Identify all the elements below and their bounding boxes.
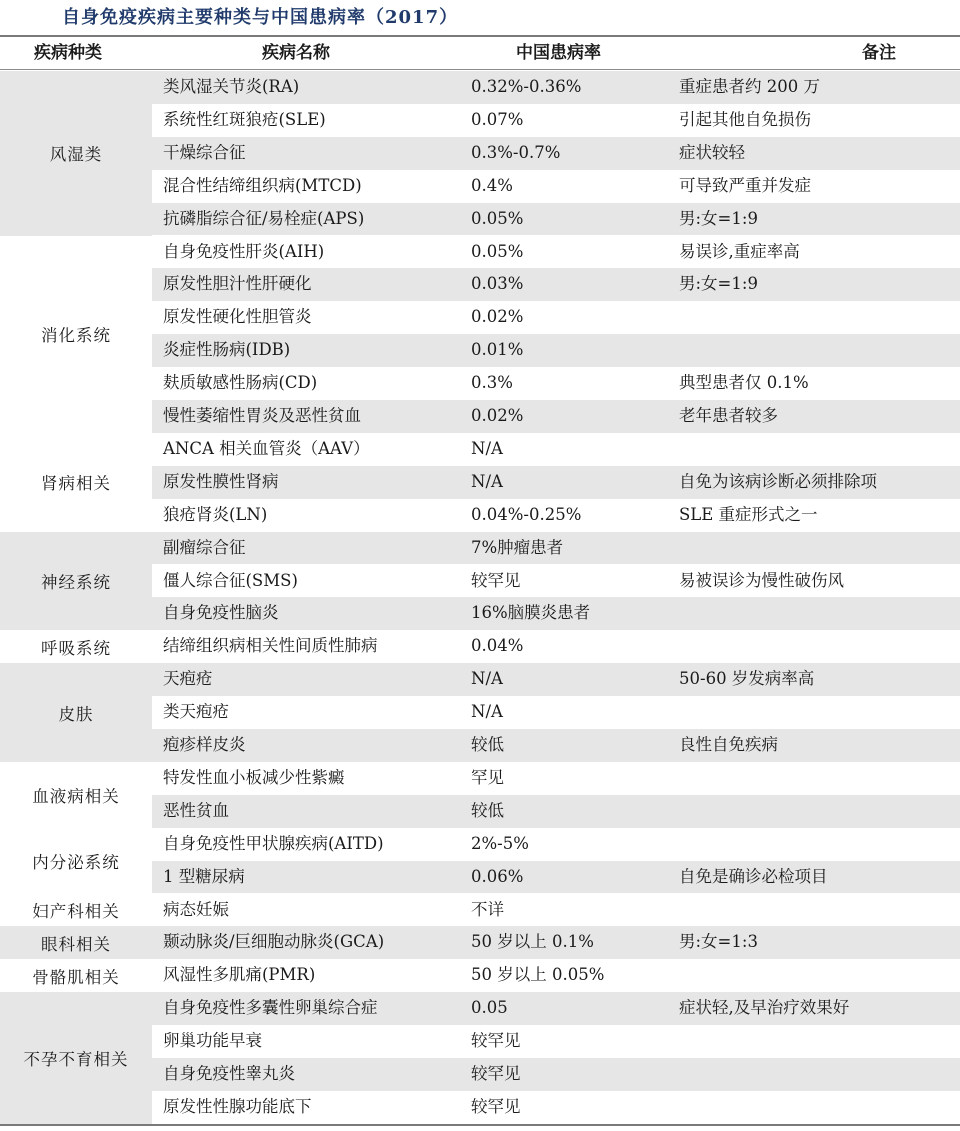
disease-name: 原发性硬化性胆管炎 (163, 301, 312, 334)
category-label: 风湿类 (50, 141, 103, 165)
table-row: 原发性性腺功能底下较罕见 (152, 1091, 960, 1124)
prevalence-rate: 0.02% (471, 301, 523, 334)
disease-name: 原发性胆汁性肝硬化 (163, 268, 312, 301)
prevalence-rate: 2%-5% (471, 828, 529, 861)
header-name: 疾病名称 (262, 37, 330, 69)
category-cell: 骨骼肌相关 (0, 959, 152, 992)
table-header: 疾病种类 疾病名称 中国患病率 备注 (0, 37, 960, 69)
bottom-rule (0, 1124, 960, 1126)
category-cell: 内分泌系统 (0, 828, 152, 894)
table-row: 类天疱疮N/A (152, 696, 960, 729)
prevalence-rate: 0.01% (471, 334, 523, 367)
category-cell: 皮肤 (0, 663, 152, 762)
prevalence-rate: 较罕见 (471, 565, 521, 598)
table-row: 卵巢功能早衰较罕见 (152, 1025, 960, 1058)
table-row: 干燥综合征0.3%-0.7%症状较轻 (152, 137, 960, 170)
table-row: 炎症性肠病(IDB)0.01% (152, 334, 960, 367)
table-row: 类风湿关节炎(RA)0.32%-0.36%重症患者约 200 万 (152, 71, 960, 104)
header-note: 备注 (862, 37, 896, 69)
table-row: 抗磷脂综合征/易栓症(APS)0.05%男:女=1:9 (152, 203, 960, 236)
disease-name: 慢性萎缩性胃炎及恶性贫血 (163, 400, 361, 433)
prevalence-rate: 0.04%-0.25% (471, 499, 581, 532)
disease-name: 炎症性肠病(IDB) (163, 334, 290, 367)
category-cell: 呼吸系统 (0, 630, 152, 663)
table-row: 恶性贫血较低 (152, 795, 960, 828)
table-row: 自身免疫性肝炎(AIH)0.05%易误诊,重症率高 (152, 236, 960, 269)
remark: 可导致严重并发症 (679, 170, 811, 203)
disease-name: 原发性性腺功能底下 (163, 1091, 312, 1124)
table-row: 原发性硬化性胆管炎0.02% (152, 301, 960, 334)
disease-name: 结缔组织病相关性间质性肺病 (163, 630, 378, 663)
prevalence-rate: 较罕见 (471, 1058, 521, 1091)
remark: 症状轻,及早治疗效果好 (679, 992, 849, 1025)
category-label: 眼科相关 (41, 931, 111, 955)
remark: 男:女=1:9 (679, 203, 758, 236)
prevalence-rate: 较低 (471, 729, 504, 762)
disease-name: 原发性膜性肾病 (163, 466, 279, 499)
header-category: 疾病种类 (34, 37, 102, 69)
disease-name: ANCA 相关血管炎（AAV） (163, 433, 370, 466)
disease-name: 麸质敏感性肠病(CD) (163, 367, 317, 400)
remark: 男:女=1:9 (679, 268, 758, 301)
prevalence-rate: 0.06% (471, 861, 523, 894)
disease-name: 自身免疫性甲状腺疾病(AITD) (163, 828, 384, 861)
disease-name: 自身免疫性肝炎(AIH) (163, 236, 324, 269)
category-cell: 眼科相关 (0, 926, 152, 959)
prevalence-rate: 罕见 (471, 762, 504, 795)
category-cell: 消化系统 (0, 236, 152, 433)
prevalence-rate: 0.32%-0.36% (471, 71, 581, 104)
prevalence-rate: N/A (471, 433, 503, 466)
prevalence-rate: 50 岁以上 0.05% (471, 959, 604, 992)
remark: 典型患者仅 0.1% (679, 367, 809, 400)
table-row: 原发性胆汁性肝硬化0.03%男:女=1:9 (152, 268, 960, 301)
prevalence-rate: 50 岁以上 0.1% (471, 926, 594, 959)
prevalence-rate: 较低 (471, 795, 504, 828)
prevalence-rate: 较罕见 (471, 1025, 521, 1058)
table-row: 病态妊娠不详 (152, 894, 960, 927)
disease-name: 自身免疫性睾丸炎 (163, 1058, 295, 1091)
disease-name: 特发性血小板减少性紫癜 (163, 762, 345, 795)
table-row: 1 型糖尿病0.06%自免是确诊必检项目 (152, 861, 960, 894)
disease-name: 系统性红斑狼疮(SLE) (163, 104, 326, 137)
disease-name: 自身免疫性脑炎 (163, 597, 279, 630)
category-label: 神经系统 (41, 569, 111, 593)
prevalence-rate: 0.07% (471, 104, 523, 137)
prevalence-rate: N/A (471, 466, 503, 499)
table-row: 原发性膜性肾病N/A自免为该病诊断必须排除项 (152, 466, 960, 499)
remark: 老年患者较多 (679, 400, 778, 433)
prevalence-rate: 0.05% (471, 236, 523, 269)
remark: 男:女=1:3 (679, 926, 758, 959)
disease-name: 病态妊娠 (163, 894, 229, 927)
remark: 易被误诊为慢性破伤风 (679, 565, 844, 598)
header-rate: 中国患病率 (516, 37, 601, 69)
remark: 引起其他自免损伤 (679, 104, 811, 137)
category-label: 皮肤 (59, 701, 94, 725)
disease-name: 混合性结缔组织病(MTCD) (163, 170, 362, 203)
table-row: 自身免疫性脑炎16%脑膜炎患者 (152, 597, 960, 630)
remark: 良性自免疾病 (679, 729, 778, 762)
prevalence-rate: 不详 (471, 894, 504, 927)
prevalence-rate: 0.05 (471, 992, 508, 1025)
disease-name: 僵人综合征(SMS) (163, 565, 298, 598)
prevalence-rate: 0.04% (471, 630, 523, 663)
table-row: 系统性红斑狼疮(SLE)0.07%引起其他自免损伤 (152, 104, 960, 137)
table-row: 颞动脉炎/巨细胞动脉炎(GCA)50 岁以上 0.1%男:女=1:3 (152, 926, 960, 959)
table-row: 天疱疮N/A50-60 岁发病率高 (152, 663, 960, 696)
category-label: 内分泌系统 (32, 849, 120, 873)
disease-name: 疱疹样皮炎 (163, 729, 246, 762)
prevalence-rate: N/A (471, 696, 503, 729)
remark: 症状较轻 (679, 137, 745, 170)
table-row: 僵人综合征(SMS)较罕见易被误诊为慢性破伤风 (152, 565, 960, 598)
disease-name: 狼疮肾炎(LN) (163, 499, 267, 532)
prevalence-rate: 16%脑膜炎患者 (471, 597, 590, 630)
category-cell: 神经系统 (0, 532, 152, 631)
disease-name: 抗磷脂综合征/易栓症(APS) (163, 203, 364, 236)
disease-name: 颞动脉炎/巨细胞动脉炎(GCA) (163, 926, 384, 959)
category-label: 肾病相关 (41, 470, 111, 494)
prevalence-rate: 0.4% (471, 170, 513, 203)
disease-name: 风湿性多肌痛(PMR) (163, 959, 315, 992)
prevalence-rate: 0.03% (471, 268, 523, 301)
table-row: 麸质敏感性肠病(CD)0.3%典型患者仅 0.1% (152, 367, 960, 400)
category-label: 妇产科相关 (32, 898, 120, 922)
prevalence-rate: 7%肿瘤患者 (471, 532, 563, 565)
disease-name: 天疱疮 (163, 663, 213, 696)
remark: SLE 重症形式之一 (679, 499, 818, 532)
category-label: 血液病相关 (32, 783, 120, 807)
header-rule (0, 69, 960, 70)
category-cell: 风湿类 (0, 71, 152, 236)
prevalence-rate: 0.3% (471, 367, 513, 400)
table-title: 自身免疫疾病主要种类与中国患病率（2017） (62, 4, 458, 32)
table-row: 混合性结缔组织病(MTCD)0.4%可导致严重并发症 (152, 170, 960, 203)
category-label: 不孕不育相关 (24, 1046, 129, 1070)
category-cell: 不孕不育相关 (0, 992, 152, 1124)
table-row: 自身免疫性甲状腺疾病(AITD)2%-5% (152, 828, 960, 861)
table-row: 特发性血小板减少性紫癜罕见 (152, 762, 960, 795)
category-cell: 妇产科相关 (0, 894, 152, 927)
table-row: 疱疹样皮炎较低良性自免疾病 (152, 729, 960, 762)
category-label: 消化系统 (41, 322, 111, 346)
category-cell: 肾病相关 (0, 433, 152, 532)
table-row: 狼疮肾炎(LN)0.04%-0.25%SLE 重症形式之一 (152, 499, 960, 532)
prevalence-rate: 0.02% (471, 400, 523, 433)
table-row: 风湿性多肌痛(PMR)50 岁以上 0.05% (152, 959, 960, 992)
prevalence-rate: N/A (471, 663, 503, 696)
category-label: 呼吸系统 (41, 635, 111, 659)
disease-name: 卵巢功能早衰 (163, 1025, 262, 1058)
disease-name: 自身免疫性多囊性卵巢综合症 (163, 992, 378, 1025)
remark: 50-60 岁发病率高 (679, 663, 814, 696)
table-row: 结缔组织病相关性间质性肺病0.04% (152, 630, 960, 663)
category-label: 骨骼肌相关 (32, 964, 120, 988)
prevalence-rate: 0.05% (471, 203, 523, 236)
table-row: 自身免疫性睾丸炎较罕见 (152, 1058, 960, 1091)
prevalence-rate: 较罕见 (471, 1091, 521, 1124)
disease-name: 类风湿关节炎(RA) (163, 71, 299, 104)
category-cell: 血液病相关 (0, 762, 152, 828)
remark: 自免为该病诊断必须排除项 (679, 466, 877, 499)
remark: 易误诊,重症率高 (679, 236, 800, 269)
table-row: ANCA 相关血管炎（AAV）N/A (152, 433, 960, 466)
disease-name: 类天疱疮 (163, 696, 229, 729)
disease-name: 恶性贫血 (163, 795, 229, 828)
disease-name: 1 型糖尿病 (163, 861, 245, 894)
remark: 重症患者约 200 万 (679, 71, 820, 104)
remark: 自免是确诊必检项目 (679, 861, 828, 894)
disease-name: 副瘤综合征 (163, 532, 246, 565)
prevalence-rate: 0.3%-0.7% (471, 137, 560, 170)
table-row: 慢性萎缩性胃炎及恶性贫血0.02%老年患者较多 (152, 400, 960, 433)
table-row: 副瘤综合征7%肿瘤患者 (152, 532, 960, 565)
table-row: 自身免疫性多囊性卵巢综合症0.05症状轻,及早治疗效果好 (152, 992, 960, 1025)
disease-name: 干燥综合征 (163, 137, 246, 170)
